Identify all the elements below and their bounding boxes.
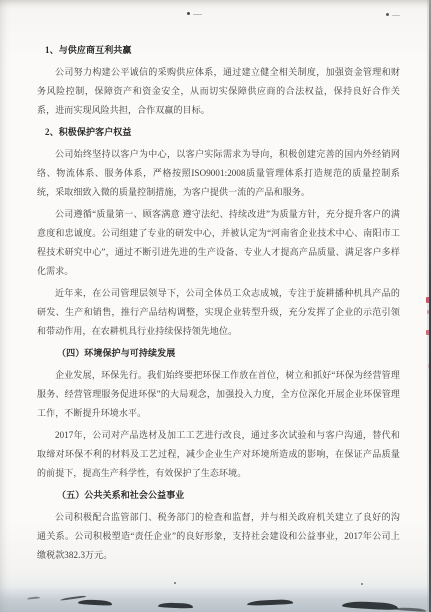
top-ink-trace-left bbox=[193, 14, 202, 15]
para-tax-contribution: 公司积极配合监管部门、税务部门的检查和监督，并与相关政府机关建立了良好的沟通关系… bbox=[37, 508, 400, 565]
heading-public-relations-welfare: （五）公共关系和社会公益事业 bbox=[37, 486, 400, 505]
bottom-ink-speck-right bbox=[361, 583, 363, 585]
para-environment-first-concept: 企业发展，环保先行。我们始终要把环保工作放在首位，树立和抓好“环保为经营管理服务… bbox=[37, 366, 400, 423]
para-customer-centric-quality: 公司始终坚持以客户为中心，以客户实际需求为导向，积极创建完善的国内外经销网络、物… bbox=[37, 145, 400, 202]
para-recent-years-leading-position: 近年来，在公司管理层领导下，公司全体员工众志成城，专注于旋耕播种机具产品的研发、… bbox=[37, 284, 400, 341]
top-ink-speck-left bbox=[187, 12, 190, 15]
heading-environment-sustainability: （四）环境保护与可持续发展 bbox=[37, 344, 400, 363]
bottom-ink-speck-left bbox=[174, 582, 176, 584]
document-text: 1、与供应商互利共赢 公司努力构建公平诚信的采购供应体系，通过建立健全相关制度，… bbox=[37, 41, 400, 568]
para-supplier-procurement-system: 公司努力构建公平诚信的采购供应体系，通过建立健全相关制度，加强资金管理和财务风险… bbox=[37, 63, 400, 120]
heading-customer-rights-protection: 2、积极保护客户权益 bbox=[37, 123, 400, 142]
para-quality-policy-rd-center: 公司遵循“质量第一、顾客满意 遵守法纪、持续改进”为质量方针，充分提升客户的满意… bbox=[37, 205, 400, 281]
scanned-document-page: 1、与供应商互利共赢 公司努力构建公平诚信的采购供应体系，通过建立健全相关制度，… bbox=[0, 0, 431, 612]
top-ink-speck-right bbox=[386, 13, 389, 16]
para-2017-process-improvement: 2017年，公司对产品选材及加工工艺进行改良，通过多次试验和与客户沟通，替代和取… bbox=[37, 426, 400, 483]
top-ink-trace-right bbox=[392, 15, 400, 16]
heading-supplier-mutual-benefit: 1、与供应商互利共赢 bbox=[37, 41, 400, 60]
